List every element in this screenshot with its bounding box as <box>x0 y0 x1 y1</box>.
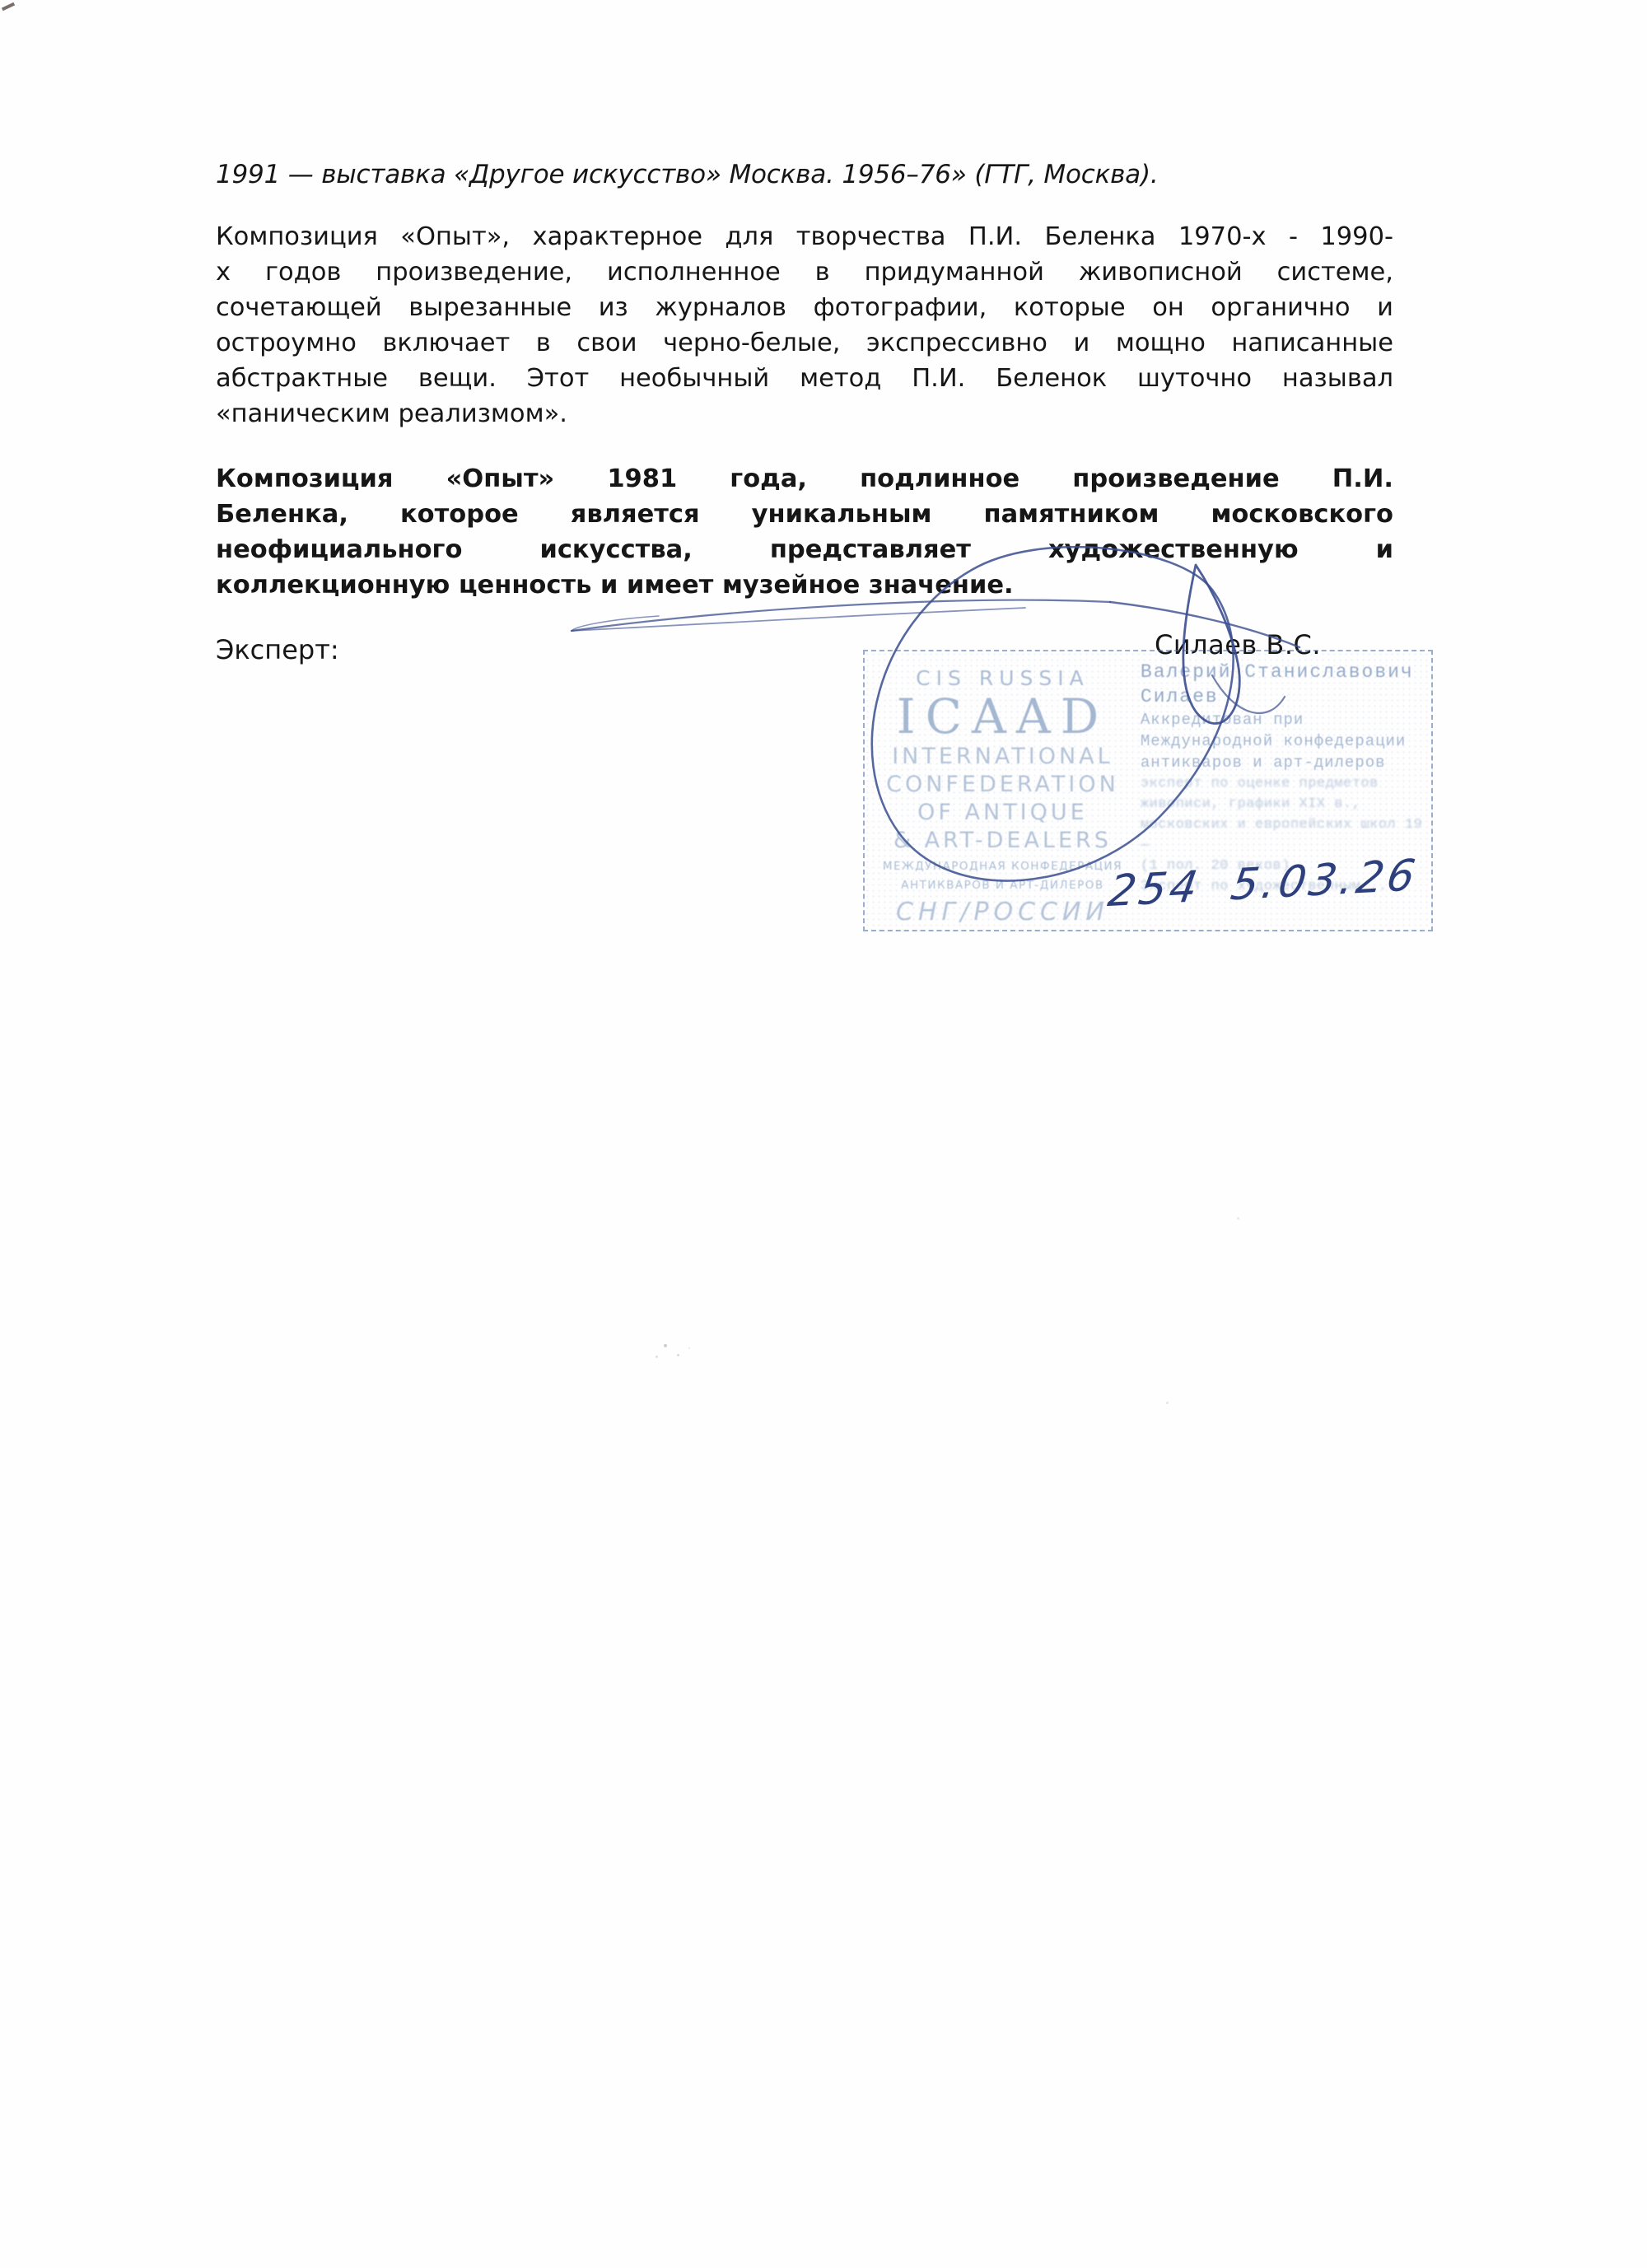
stamp-accreditation-line: Международной конфедерации <box>1141 730 1425 752</box>
paragraph-line: «паническим реализмом». <box>216 396 1393 432</box>
paragraph-line: неофициального искусства, представляет х… <box>216 532 1393 567</box>
stamp-org-caps: CIS RUSSIA <box>873 666 1132 690</box>
stamp-org-line: CONFEDERATION <box>873 771 1132 799</box>
stamp-org-line: INTERNATIONAL <box>873 743 1132 771</box>
paragraph-line: остроумно включает в свои черно-белые, э… <box>216 325 1393 361</box>
conclusion-paragraph: Композиция «Опыт» 1981 года, подлинное п… <box>216 461 1393 603</box>
paragraph-line: х годов произведение, исполненное в прид… <box>216 254 1393 290</box>
paragraph-line: абстрактные вещи. Этот необычный метод П… <box>216 361 1393 396</box>
scan-speck <box>688 1347 690 1349</box>
scan-corner-artifact <box>2 2 15 11</box>
handwritten-date: 5.03.26 <box>1228 851 1422 910</box>
stamp-region: СНГ/РОССИИ <box>873 898 1132 926</box>
stamp-org-acronym: ICAAD <box>873 690 1132 743</box>
handwritten-number: 254 <box>1104 862 1204 917</box>
scan-speck <box>664 1344 667 1347</box>
description-paragraph: Композиция «Опыт», характерное для творч… <box>216 219 1393 432</box>
paragraph-line: коллекционную ценность и имеет музейное … <box>216 567 1393 603</box>
paragraph-line: Композиция «Опыт», характерное для творч… <box>216 219 1393 254</box>
scan-speck <box>656 1356 658 1358</box>
stamp-expert-firstname: Валерий Станиславович <box>1141 660 1425 684</box>
stamp-org-line: & ART-DEALERS <box>873 827 1132 855</box>
stamp-faded-line: эксперт по оценке предметов <box>1141 773 1425 794</box>
stamp-org-column: CIS RUSSIA ICAAD INTERNATIONAL CONFEDERA… <box>873 660 1132 923</box>
stamp-expert-surname: Силаев <box>1141 684 1425 709</box>
stamp-accreditation-line: Аккредитован при <box>1141 709 1425 730</box>
stamp-accreditation-line: антикваров и арт-дилеров <box>1141 752 1425 773</box>
stamp-faded-line: московских и европейских школ 19 — <box>1141 814 1425 856</box>
paragraph-line: Композиция «Опыт» 1981 года, подлинное п… <box>216 461 1393 497</box>
stamp-org-ru-line: МЕЖДУНАРОДНАЯ КОНФЕДЕРАЦИЯ <box>873 860 1132 874</box>
stamp-faded-line: живописи, графики XIX в., <box>1141 794 1425 814</box>
stamp-org-line: OF ANTIQUE <box>873 799 1132 827</box>
paragraph-line: сочетающей вырезанные из журналов фотогр… <box>216 290 1393 325</box>
scanned-document-page: 1991 — выставка «Другое искусство» Москв… <box>0 0 1647 2268</box>
scan-speck <box>1166 1402 1169 1404</box>
scan-speck <box>677 1354 679 1356</box>
scan-speck <box>1237 1217 1239 1220</box>
paragraph-line: Беленка, которое является уникальным пам… <box>216 497 1393 532</box>
stamp-org-ru-line: АНТИКВАРОВ И АРТ-ДИЛЕРОВ <box>873 879 1132 893</box>
exhibition-history-line: 1991 — выставка «Другое искусство» Москв… <box>216 158 1402 191</box>
expert-label: Эксперт: <box>216 634 339 665</box>
